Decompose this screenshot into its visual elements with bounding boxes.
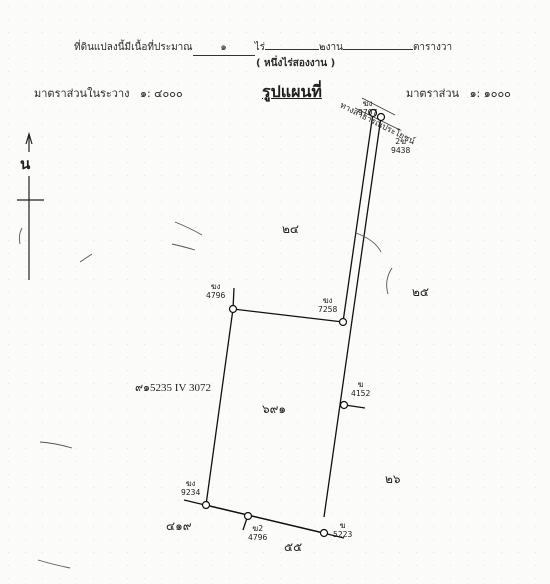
boundary-marker-icons (203, 110, 385, 537)
parcel-east-upper: ๒๕ (412, 283, 429, 302)
parcel-east-lower: ๒๖ (385, 470, 401, 489)
access-strip (324, 113, 381, 517)
north-label: น (20, 152, 30, 176)
mark-label: ฆง4796 (206, 282, 225, 300)
sheet-reference: ๙๑5235 IV 3072 (135, 378, 211, 396)
sheet-ref-number: ๙๑ (135, 381, 150, 394)
parcel-south: ๕๕ (284, 538, 302, 557)
parcel-north: ๒๔ (282, 220, 299, 239)
mark-label: ฆ5223 (333, 521, 352, 539)
parcel-map (0, 0, 550, 584)
mark-label: ฆง9234 (181, 479, 200, 497)
mark-label: ฆ24796 (248, 524, 267, 542)
mark-label: ฆ4152 (351, 380, 370, 398)
parcel-subject: ๖๙๑ (262, 400, 286, 419)
parcel-west: ๔๑๙ (166, 517, 192, 536)
mark-label: ฆง9707 (358, 99, 377, 117)
sheet-code: 5235 IV 3072 (150, 382, 211, 394)
mark-label: 2ฆ9438 (391, 137, 410, 155)
mark-label: ฆง7258 (318, 296, 337, 314)
